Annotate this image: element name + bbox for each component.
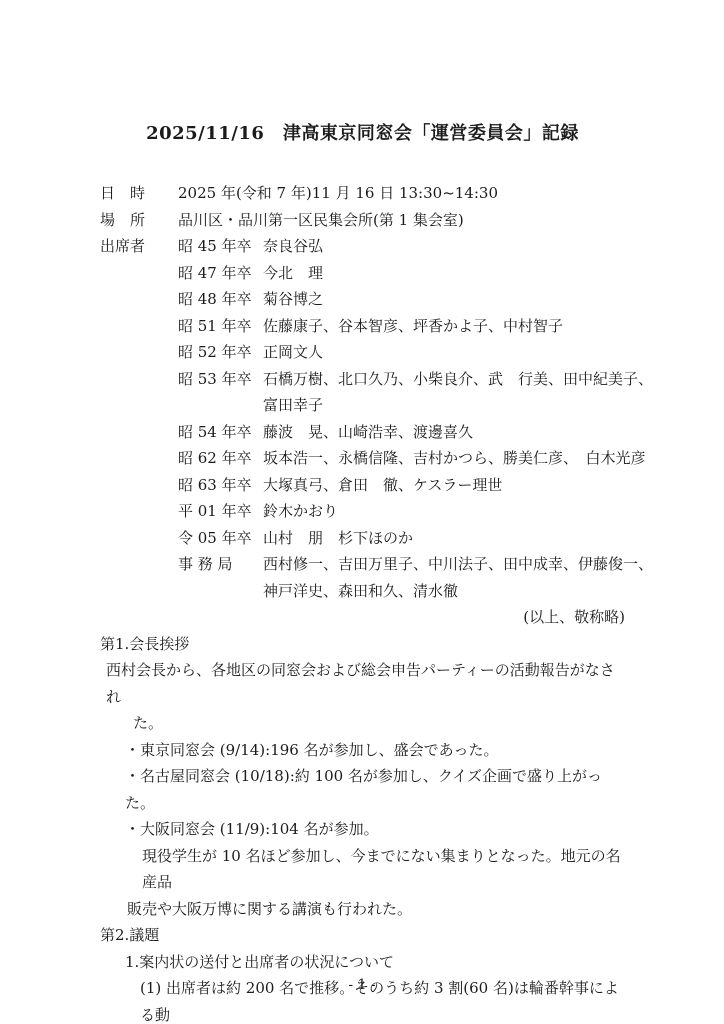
section1-heading: 第1.会長挨拶 — [100, 631, 625, 658]
attendee-row: 昭 62 年卒 坂本浩一、永橋信隆、吉村かつら、勝美仁彦、 白木光彦 — [178, 445, 653, 472]
attendee-year: 昭 54 年卒 — [178, 419, 263, 446]
attendee-row: 昭 52 年卒 正岡文人 — [178, 339, 653, 366]
attendee-row-continuation: 富田幸子 — [178, 392, 653, 419]
attendee-row: 昭 54 年卒 藤波 晃、山崎浩幸、渡邊喜久 — [178, 419, 653, 446]
attendee-row: 昭 53 年卒 石橋万樹、北口久乃、小柴良介、武 行美、田中紀美子、 — [178, 366, 653, 393]
page-title: 2025/11/16 津高東京同窓会「運営委員会」記録 — [100, 121, 625, 147]
honorific-note: (以上、敬称略) — [100, 604, 625, 631]
attendee-names: 菊谷博之 — [263, 286, 653, 313]
attendee-year: 事 務 局 — [178, 551, 263, 578]
meta-datetime-value: 2025 年(令和 7 年)11 月 16 日 13:30~14:30 — [178, 180, 625, 207]
attendee-year: 昭 47 年卒 — [178, 260, 263, 287]
bullet-tokyo-reunion: ・東京同窓会 (9/14):196 名が参加し、盛会であった。 — [125, 737, 625, 764]
bullet-nagoya-reunion: ・名古屋同窓会 (10/18):約 100 名が参加し、クイズ企画で盛り上がった… — [125, 763, 625, 816]
attendee-names: 鈴木かおり — [263, 498, 653, 525]
attendee-year: 昭 63 年卒 — [178, 472, 263, 499]
osaka-detail-line: 販売や大阪万博に関する講演も行われた。 — [127, 896, 625, 923]
attendee-year: 平 01 年卒 — [178, 498, 263, 525]
attendee-names: 奈良谷弘 — [263, 233, 653, 260]
attendee-year: 昭 53 年卒 — [178, 366, 263, 393]
meta-datetime-label: 日 時 — [100, 180, 178, 207]
attendee-names: 富田幸子 — [263, 392, 653, 419]
section2-heading: 第2.議題 — [100, 922, 625, 949]
attendees-rows: 昭 45 年卒 奈良谷弘 昭 47 年卒 今北 理 昭 48 年卒 菊谷博之 昭… — [178, 233, 653, 604]
attendee-row: 昭 48 年卒 菊谷博之 — [178, 286, 653, 313]
attendee-row: 平 01 年卒 鈴木かおり — [178, 498, 653, 525]
bullet-osaka-reunion: ・大阪同窓会 (11/9):104 名が参加。 — [125, 816, 625, 843]
document-page: 2025/11/16 津高東京同窓会「運営委員会」記録 日 時 2025 年(令… — [0, 0, 724, 1024]
attendee-year: 昭 52 年卒 — [178, 339, 263, 366]
attendee-names: 大塚真弓、倉田 徹、ケスラー理世 — [263, 472, 653, 499]
attendee-names: 藤波 晃、山崎浩幸、渡邊喜久 — [263, 419, 653, 446]
attendee-year: 昭 48 年卒 — [178, 286, 263, 313]
meta-datetime-row: 日 時 2025 年(令和 7 年)11 月 16 日 13:30~14:30 — [100, 180, 625, 207]
attendee-year — [178, 392, 263, 419]
meta-location-row: 場 所 品川区・品川第一区民集会所(第 1 集会室) — [100, 207, 625, 234]
attendee-row: 昭 63 年卒 大塚真弓、倉田 徹、ケスラー理世 — [178, 472, 653, 499]
attendee-row: 昭 47 年卒 今北 理 — [178, 260, 653, 287]
meta-location-value: 品川区・品川第一区民集会所(第 1 集会室) — [178, 207, 625, 234]
attendee-names: 山村 朋 杉下ほのか — [263, 525, 653, 552]
attendee-row-secretariat: 事 務 局 西村修一、吉田万里子、中川法子、田中成幸、伊藤俊一、 — [178, 551, 653, 578]
attendee-year: 昭 45 年卒 — [178, 233, 263, 260]
agenda-item-1: 1.案内状の送付と出席者の状況について — [125, 949, 625, 976]
attendee-names: 正岡文人 — [263, 339, 653, 366]
attendees-label: 出席者 — [100, 233, 178, 604]
attendee-year: 昭 51 年卒 — [178, 313, 263, 340]
attendee-row: 昭 51 年卒 佐藤康子、谷本智彦、坪香かよ子、中村智子 — [178, 313, 653, 340]
attendee-names: 今北 理 — [263, 260, 653, 287]
attendee-row: 令 05 年卒 山村 朋 杉下ほのか — [178, 525, 653, 552]
attendee-year: 令 05 年卒 — [178, 525, 263, 552]
attendee-names: 佐藤康子、谷本智彦、坪香かよ子、中村智子 — [263, 313, 653, 340]
attendee-names: 坂本浩一、永橋信隆、吉村かつら、勝美仁彦、 白木光彦 — [263, 445, 653, 472]
attendee-year: 昭 62 年卒 — [178, 445, 263, 472]
section1-intro-line: た。 — [133, 710, 625, 737]
attendee-row: 昭 45 年卒 奈良谷弘 — [178, 233, 653, 260]
attendee-names: 西村修一、吉田万里子、中川法子、田中成幸、伊藤俊一、 — [263, 551, 653, 578]
osaka-detail-line: 現役学生が 10 名ほど参加し、今までにない集まりとなった。地元の名産品 — [142, 843, 625, 896]
section1-intro-line: 西村会長から、各地区の同窓会および総会申告パーティーの活動報告がなされ — [106, 657, 625, 710]
page-number: - 1 - — [0, 975, 724, 995]
attendee-row-continuation: 神戸洋史、森田和久、清水徹 — [178, 578, 653, 605]
meta-location-label: 場 所 — [100, 207, 178, 234]
attendee-names: 石橋万樹、北口久乃、小柴良介、武 行美、田中紀美子、 — [263, 366, 653, 393]
attendees-block: 出席者 昭 45 年卒 奈良谷弘 昭 47 年卒 今北 理 昭 48 年卒 菊谷… — [100, 233, 625, 604]
attendee-year — [178, 578, 263, 605]
attendee-names: 神戸洋史、森田和久、清水徹 — [263, 578, 653, 605]
